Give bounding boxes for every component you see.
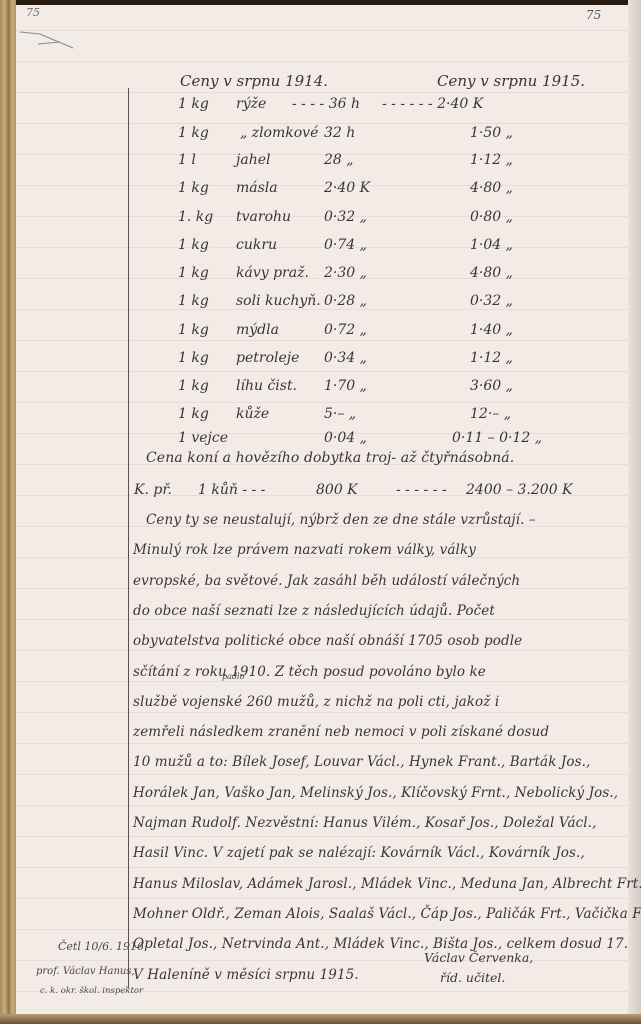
corner-page-number: 75 (26, 6, 40, 19)
row-price-1915: - - - - - - 2·40 K (382, 96, 483, 112)
corner-pencil-mark (18, 20, 76, 50)
margin-line (128, 88, 129, 988)
livestock-price-line: Cena koní a hovězího dobytka troj- až čt… (146, 450, 514, 466)
paragraph-line: evropské, ba světové. Jak zasáhl běh udá… (133, 573, 520, 589)
row-price-1914: 2·40 K (324, 180, 370, 196)
row-quantity: 1 kg (178, 322, 209, 338)
row-quantity: 1 kg (178, 125, 209, 141)
page-number: 75 (586, 8, 601, 22)
notebook-page: 75 75 Ceny v srpnu 1914. Ceny v srpnu 19… (0, 0, 641, 1024)
row-price-1914: 0·04 „ (324, 430, 367, 446)
paragraph-line: V Haleníně v měsíci srpnu 1915. (133, 967, 359, 983)
page-right-edge (628, 0, 641, 1024)
row-price-1915: 1·12 „ (470, 152, 513, 168)
row-item: cukru (236, 237, 277, 253)
row-quantity: 1 kg (178, 406, 209, 422)
row-quantity: 1 kg (178, 378, 209, 394)
inspector-name: prof. Václav Hanus, (36, 966, 135, 977)
row-price-1914: 0·72 „ (324, 322, 367, 338)
row-quantity: 1 kg (178, 180, 209, 196)
row-quantity: 1 kg (178, 265, 209, 281)
page-bottom-edge (0, 1014, 641, 1024)
horse-item: 1 kůň - - - (198, 482, 265, 498)
header-1914: Ceny v srpnu 1914. (180, 72, 328, 90)
row-item: kávy praž. (236, 265, 309, 281)
row-item: tvarohu (236, 209, 291, 225)
book-binding (0, 0, 16, 1024)
page-top-edge (0, 0, 641, 5)
row-price-1914: 5·– „ (324, 406, 356, 422)
paragraph-line: Horálek Jan, Vaško Jan, Melinský Jos., K… (133, 785, 618, 801)
paragraph-line: Ceny ty se neustalují, nýbrž den ze dne … (146, 512, 536, 528)
header-1915: Ceny v srpnu 1915. (437, 72, 585, 90)
paragraph-line: Najman Rudolf. Nezvěstní: Hanus Vilém., … (133, 815, 596, 831)
paragraph-line: do obce naší seznati lze z následujících… (133, 603, 495, 619)
inspector-title: c. k. okr. škol. inspektor (40, 986, 143, 996)
horse-dashes: - - - - - - (396, 482, 447, 498)
row-item: kůže (236, 406, 269, 422)
row-price-1914: 1·70 „ (324, 378, 367, 394)
row-item: rýže (236, 96, 266, 112)
row-price-1914: 32 h (324, 125, 355, 141)
row-quantity: 1 vejce (178, 430, 228, 446)
row-quantity: 1 kg (178, 237, 209, 253)
row-price-1914: 2·30 „ (324, 265, 367, 281)
paragraph-line: zemřeli následkem zranění neb nemoci v p… (133, 724, 549, 740)
row-price-1915: 0·32 „ (470, 293, 513, 309)
row-price-1915: 1·50 „ (470, 125, 513, 141)
signature-title: říd. učitel. (440, 970, 505, 985)
paragraph-line: sčítání z roku 1910. Z těch posud povolá… (133, 664, 486, 680)
row-price-1914: 0·74 „ (324, 237, 367, 253)
paragraph-line: Hanus Miloslav, Adámek Jarosl., Mládek V… (133, 876, 641, 892)
row-price-1915: 0·80 „ (470, 209, 513, 225)
paragraph-line: Mohner Oldř., Zeman Alois, Saalaš Václ.,… (133, 906, 641, 922)
row-item: „ zlomkové (240, 125, 318, 141)
signature-name: Václav Červenka, (424, 950, 533, 965)
row-item: mýdla (236, 322, 279, 338)
row-quantity: 1 kg (178, 350, 209, 366)
row-price-1914: 0·28 „ (324, 293, 367, 309)
row-price-1915: 1·40 „ (470, 322, 513, 338)
row-item: jahel (236, 152, 270, 168)
example-prefix: K. př. (134, 482, 172, 498)
row-price-1915: 4·80 „ (470, 180, 513, 196)
horse-price-1914: 800 K (316, 482, 358, 498)
row-quantity: 1 l (178, 152, 196, 168)
row-price-1915: 3·60 „ (470, 378, 513, 394)
row-item: líhu čist. (236, 378, 297, 394)
paragraph-line: Minulý rok lze právem nazvati rokem válk… (133, 542, 476, 558)
paragraph-line: obyvatelstva politické obce naší obnáší … (133, 633, 522, 649)
row-price-1915: 12·– „ (470, 406, 511, 422)
row-item: petroleje (236, 350, 299, 366)
insertion-above: padlo (222, 672, 244, 681)
paragraph-line: službě vojenské 260 mužů, z nichž na pol… (133, 694, 499, 710)
row-quantity: 1. kg (178, 209, 213, 225)
paragraph-line: 10 mužů a to: Bílek Josef, Louvar Václ.,… (133, 754, 590, 770)
row-item: másla (236, 180, 278, 196)
row-quantity: 1 kg (178, 293, 209, 309)
row-item: soli kuchyň. (236, 293, 321, 309)
horse-price-1915: 2400 – 3.200 K (466, 482, 573, 498)
row-price-1914: 28 „ (324, 152, 354, 168)
row-price-1914: - - - - 36 h (292, 96, 360, 112)
row-price-1914: 0·32 „ (324, 209, 367, 225)
inspector-read-date: Četl 10/6. 1916 (58, 940, 144, 953)
row-quantity: 1 kg (178, 96, 209, 112)
row-price-1914: 0·34 „ (324, 350, 367, 366)
row-price-1915: 1·12 „ (470, 350, 513, 366)
paragraph-line: Hasil Vinc. V zajetí pak se nalézají: Ko… (133, 845, 585, 861)
row-price-1915: 1·04 „ (470, 237, 513, 253)
row-price-1915: 0·11 – 0·12 „ (452, 430, 542, 446)
row-price-1915: 4·80 „ (470, 265, 513, 281)
paragraph-line: Opletal Jos., Netrvinda Ant., Mládek Vin… (133, 936, 628, 952)
